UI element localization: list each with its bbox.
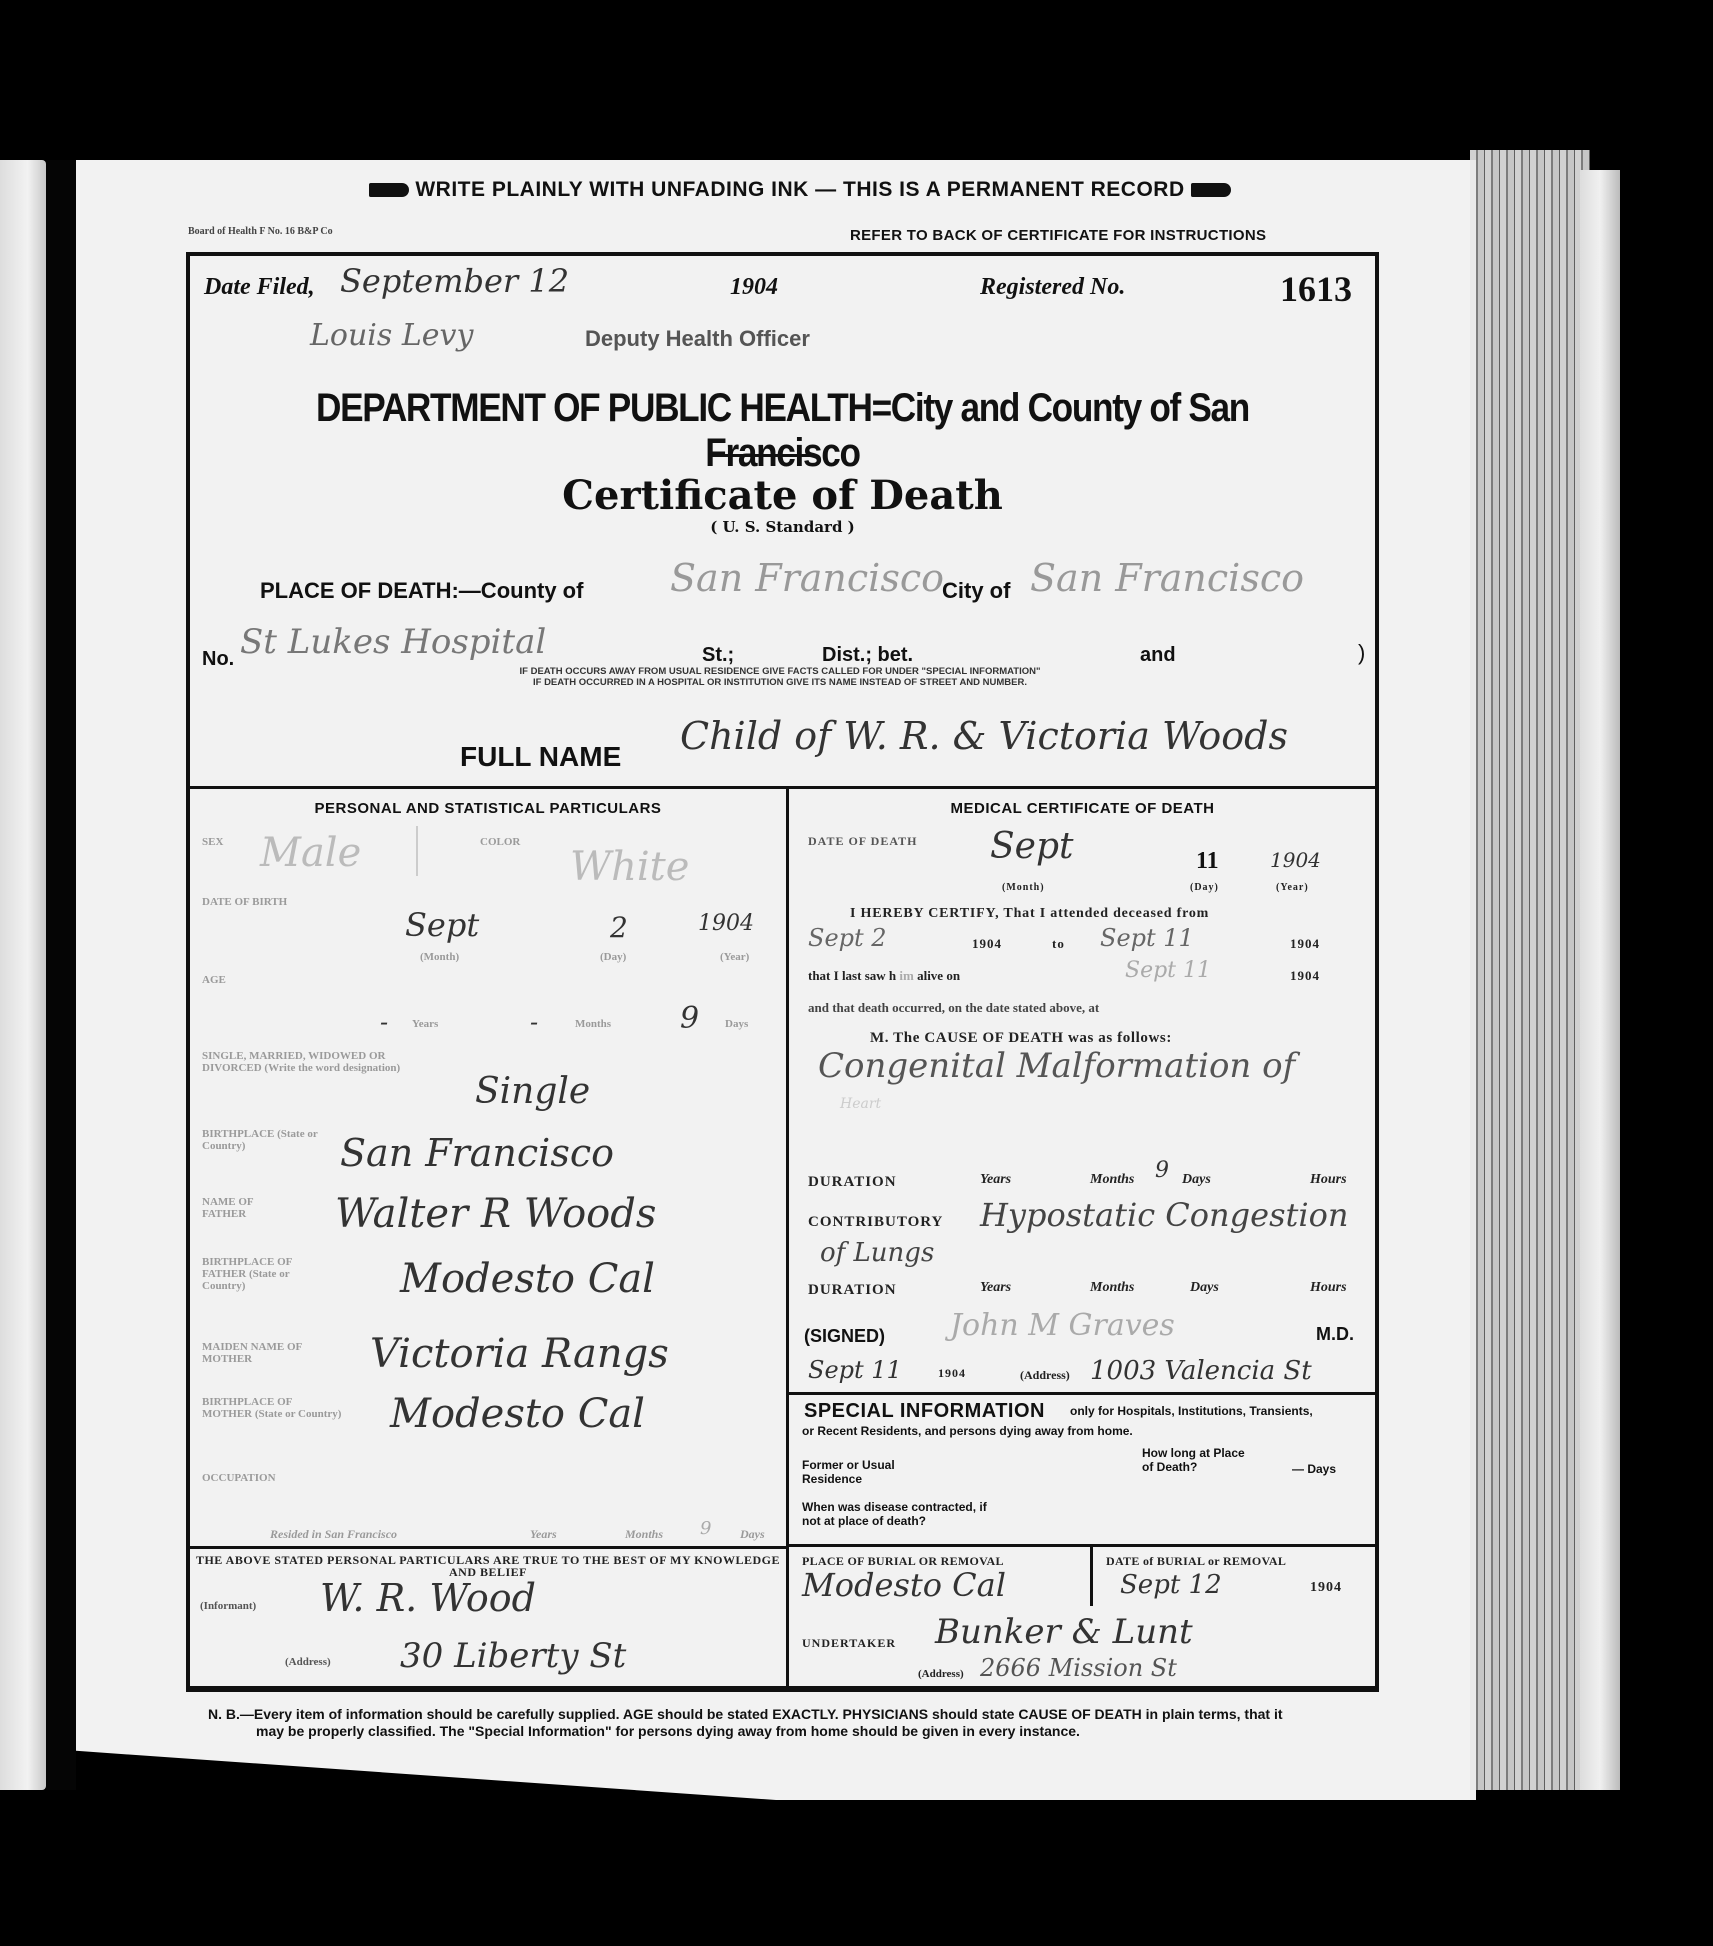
age-days-label: Days	[725, 1018, 748, 1030]
officer-signature: Louis Levy	[310, 318, 473, 353]
duration2-label: DURATION	[808, 1282, 897, 1299]
dob-day-label: (Day)	[600, 951, 626, 963]
certificate-form: Date Filed, September 12 1904 Registered…	[186, 252, 1379, 1692]
dod-label: DATE OF DEATH	[808, 834, 917, 849]
md-label: M.D.	[1316, 1324, 1354, 1345]
duration2-days-label: Days	[1190, 1280, 1219, 1296]
physician-address: 1003 Valencia St	[1090, 1356, 1312, 1386]
and-label: and	[1140, 644, 1176, 667]
color-value: White	[570, 844, 689, 890]
footnote: N. B.—Every item of information should b…	[196, 1706, 1286, 1740]
place-of-death-label: PLACE OF DEATH:—County of	[260, 578, 583, 604]
personal-heading: PERSONAL AND STATISTICAL PARTICULARS	[190, 800, 786, 817]
undertaker-address: 2666 Mission St	[980, 1654, 1177, 1682]
burial-divider	[786, 1544, 1375, 1547]
duration-months-label: Months	[1090, 1172, 1134, 1188]
resided-label: Resided in San Francisco	[270, 1528, 397, 1540]
contributory-value-line2: of Lungs	[820, 1238, 934, 1268]
how-long-days: — Days	[1292, 1462, 1336, 1476]
district-label: Dist.; bet.	[822, 644, 913, 667]
medical-heading: MEDICAL CERTIFICATE OF DEATH	[790, 800, 1375, 817]
book-gutter	[46, 160, 76, 1790]
last-saw-date: Sept 11	[1125, 958, 1211, 983]
death-address: St Lukes Hospital	[240, 622, 546, 662]
cause-value: Congenital Malformation of	[818, 1046, 1295, 1086]
resided-days-label: Days	[740, 1528, 765, 1540]
attended-to-year: 1904	[1290, 936, 1320, 952]
facing-page-edge	[0, 160, 46, 1790]
officer-title: Deputy Health Officer	[585, 326, 810, 352]
certificate-title: Certificate of Death	[190, 472, 1375, 519]
birthplace-value: San Francisco	[340, 1131, 614, 1175]
department-title: DEPARTMENT OF PUBLIC HEALTH=City and Cou…	[261, 386, 1304, 476]
informant-label: (Informant)	[200, 1600, 256, 1612]
special-note: only for Hospitals, Institutions, Transi…	[1070, 1404, 1313, 1418]
special-heading: SPECIAL INFORMATION	[804, 1400, 1045, 1423]
informant-address: 30 Liberty St	[400, 1636, 626, 1676]
age-months: -	[530, 1008, 538, 1036]
pointing-hand-icon	[1191, 183, 1231, 197]
dod-year-label: (Year)	[1276, 882, 1309, 893]
dod-month-label: (Month)	[1002, 882, 1045, 893]
duration2-years-label: Years	[980, 1280, 1011, 1296]
age-days: 9	[680, 1001, 699, 1036]
registered-number: 1613	[1280, 268, 1352, 310]
certificate-standard: ( U. S. Standard )	[190, 518, 1375, 536]
last-saw-label: that I last saw h im alive on	[808, 968, 960, 984]
special-divider	[786, 1392, 1375, 1395]
duration-days-label: Days	[1182, 1172, 1211, 1188]
close-paren: )	[1358, 640, 1365, 666]
informant-name: W. R. Wood	[320, 1576, 536, 1620]
mother-birthplace-value: Modesto Cal	[390, 1391, 645, 1437]
father-value: Walter R Woods	[335, 1191, 656, 1237]
age-years: -	[380, 1008, 388, 1036]
burial-column-divider	[1090, 1546, 1093, 1606]
page-edge-right	[1580, 170, 1620, 1790]
certify-text: I HEREBY CERTIFY, That I attended deceas…	[850, 906, 1209, 922]
duration2-months-label: Months	[1090, 1280, 1134, 1296]
undertaker-label: UNDERTAKER	[802, 1636, 896, 1651]
cause-label: M. The CAUSE OF DEATH was as follows:	[870, 1030, 1172, 1047]
occurred-text: and that death occurred, on the date sta…	[808, 1000, 1099, 1016]
dob-day: 2	[610, 911, 628, 944]
duration-label: DURATION	[808, 1174, 897, 1191]
age-years-label: Years	[412, 1018, 438, 1030]
attended-from: Sept 2	[808, 924, 887, 952]
sex-value: Male	[260, 830, 361, 876]
dod-day: 11	[1196, 848, 1219, 875]
burial-year: 1904	[1310, 1580, 1342, 1596]
undertaker-address-label: (Address)	[918, 1668, 964, 1680]
duration-hours-label: Hours	[1310, 1172, 1347, 1188]
physician-signature: John M Graves	[950, 1308, 1175, 1343]
date-filed-label: Date Filed,	[204, 274, 315, 301]
special-note-2: or Recent Residents, and persons dying a…	[802, 1424, 1133, 1438]
contracted-label: When was disease contracted, if not at p…	[802, 1500, 1002, 1528]
cause-value-line2: Heart	[840, 1096, 881, 1112]
resided-days: 9	[700, 1518, 711, 1539]
color-label: COLOR	[480, 836, 520, 848]
father-birthplace-label: BIRTHPLACE OF FATHER (State or Country)	[202, 1256, 332, 1292]
title-divider	[710, 454, 810, 457]
instructions-ref: REFER TO BACK OF CERTIFICATE FOR INSTRUC…	[850, 227, 1266, 244]
to-label: to	[1052, 936, 1065, 952]
physician-address-label: (Address)	[1020, 1368, 1070, 1383]
duration2-hours-label: Hours	[1310, 1280, 1347, 1296]
undertaker-value: Bunker & Lunt	[935, 1612, 1193, 1652]
informant-attest: THE ABOVE STATED PERSONAL PARTICULARS AR…	[190, 1554, 786, 1578]
marital-label: SINGLE, MARRIED, WIDOWED OR DIVORCED (Wr…	[202, 1050, 412, 1074]
father-label: NAME OF FATHER	[202, 1196, 292, 1220]
resided-years-label: Years	[530, 1528, 557, 1540]
county-value: San Francisco	[670, 556, 944, 600]
signed-label: (SIGNED)	[804, 1326, 885, 1347]
how-long-label: How long at Place of Death?	[1142, 1446, 1252, 1474]
dob-year: 1904	[698, 911, 754, 936]
dob-month: Sept	[405, 906, 479, 944]
resided-months-label: Months	[625, 1528, 663, 1540]
age-label: AGE	[202, 974, 226, 986]
attended-from-year: 1904	[972, 936, 1002, 952]
street-no-label: No.	[202, 648, 234, 671]
dod-month: Sept	[990, 826, 1073, 867]
dob-year-label: (Year)	[720, 951, 749, 963]
burial-date: Sept 12	[1120, 1570, 1222, 1600]
city-value: San Francisco	[1030, 556, 1304, 600]
birthplace-label: BIRTHPLACE (State or Country)	[202, 1128, 342, 1152]
informant-divider	[190, 1546, 786, 1549]
attended-to: Sept 11	[1100, 924, 1194, 952]
section-divider	[190, 786, 1375, 789]
burial-date-label: DATE of BURIAL or REMOVAL	[1106, 1554, 1286, 1569]
former-residence-label: Former or Usual Residence	[802, 1458, 912, 1486]
father-birthplace-value: Modesto Cal	[400, 1256, 655, 1302]
mother-value: Victoria Rangs	[370, 1331, 669, 1377]
dod-year: 1904	[1270, 848, 1321, 872]
contributory-label: CONTRIBUTORY	[808, 1214, 943, 1231]
occupation-label: OCCUPATION	[202, 1472, 276, 1484]
top-banner: WRITE PLAINLY WITH UNFADING INK — THIS I…	[240, 178, 1360, 202]
stacked-page-edges	[1470, 150, 1590, 1790]
pointing-hand-icon	[369, 183, 409, 197]
sex-label: SEX	[202, 836, 223, 848]
column-divider	[786, 786, 789, 1692]
dod-day-label: (Day)	[1190, 882, 1219, 893]
mother-birthplace-label: BIRTHPLACE OF MOTHER (State or Country)	[202, 1396, 342, 1420]
dob-label: DATE OF BIRTH	[202, 896, 287, 908]
marital-value: Single	[475, 1071, 590, 1112]
street-label: St.;	[702, 644, 734, 667]
duration-years-label: Years	[980, 1172, 1011, 1188]
signed-date: Sept 11	[808, 1356, 902, 1384]
duration-days: 9	[1155, 1158, 1169, 1183]
full-name-label: FULL NAME	[460, 741, 621, 773]
signed-year: 1904	[938, 1366, 966, 1381]
informant-address-label: (Address)	[285, 1656, 331, 1668]
burial-place: Modesto Cal	[802, 1566, 1006, 1604]
full-name-value: Child of W. R. & Victoria Woods	[680, 714, 1288, 758]
mother-label: MAIDEN NAME OF MOTHER	[202, 1341, 332, 1365]
date-filed-value: September 12	[340, 262, 569, 300]
place-note: IF DEATH OCCURS AWAY FROM USUAL RESIDENC…	[330, 666, 1230, 688]
city-label: City of	[942, 578, 1010, 604]
dob-month-label: (Month)	[420, 951, 459, 963]
contributory-value: Hypostatic Congestion	[980, 1196, 1348, 1234]
form-code: Board of Health F No. 16 B&P Co	[188, 226, 333, 237]
registered-label: Registered No.	[980, 274, 1125, 301]
last-saw-year: 1904	[1290, 968, 1320, 984]
date-filed-year: 1904	[730, 274, 778, 301]
sex-color-divider	[416, 826, 418, 876]
age-months-label: Months	[575, 1018, 611, 1030]
